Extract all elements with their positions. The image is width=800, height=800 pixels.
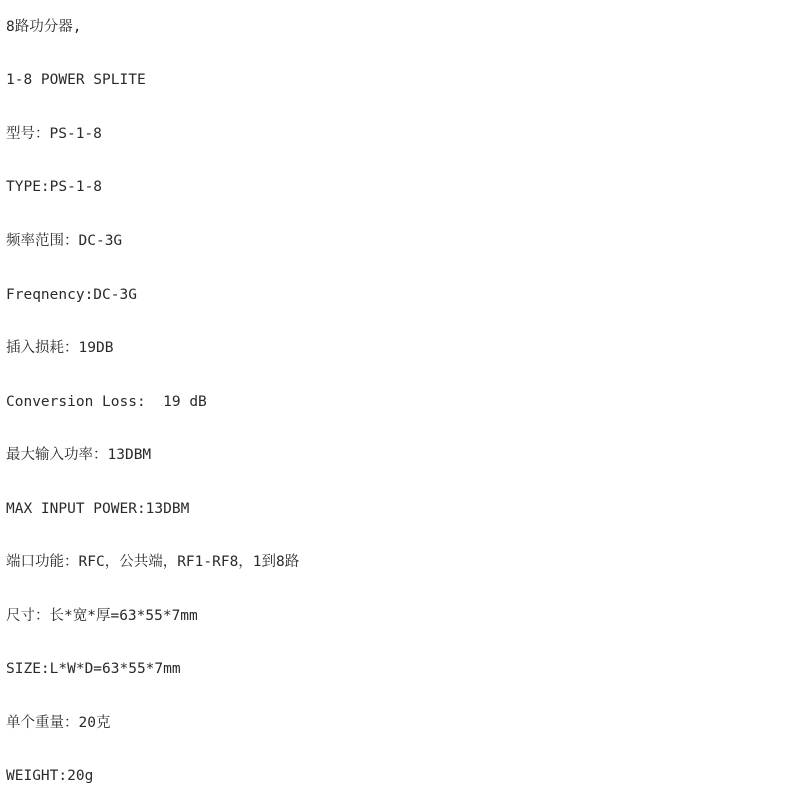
max-input-power-english: MAX INPUT POWER:13DBM (6, 498, 189, 520)
frequency-english: Freqnency:DC-3G (6, 284, 137, 306)
insertion-loss-chinese: 插入损耗：19DB (6, 337, 113, 359)
weight-chinese: 单个重量：20克 (6, 712, 110, 734)
port-function-chinese: 端口功能：RFC，公共端，RF1-RF8，1到8路 (6, 551, 299, 573)
size-chinese: 尺寸：长*宽*厚=63*55*7mm (6, 605, 198, 627)
title-english: 1-8 POWER SPLITE (6, 69, 146, 91)
conversion-loss-english: Conversion Loss: 19 dB (6, 391, 207, 413)
model-english: TYPE:PS-1-8 (6, 176, 102, 198)
model-chinese: 型号：PS-1-8 (6, 123, 102, 145)
size-english: SIZE:L*W*D=63*55*7mm (6, 658, 181, 680)
frequency-chinese: 频率范围：DC-3G (6, 230, 122, 252)
max-input-power-chinese: 最大输入功率：13DBM (6, 444, 151, 466)
weight-english: WEIGHT:20g (6, 765, 93, 787)
title-chinese: 8路功分器, (6, 16, 81, 38)
